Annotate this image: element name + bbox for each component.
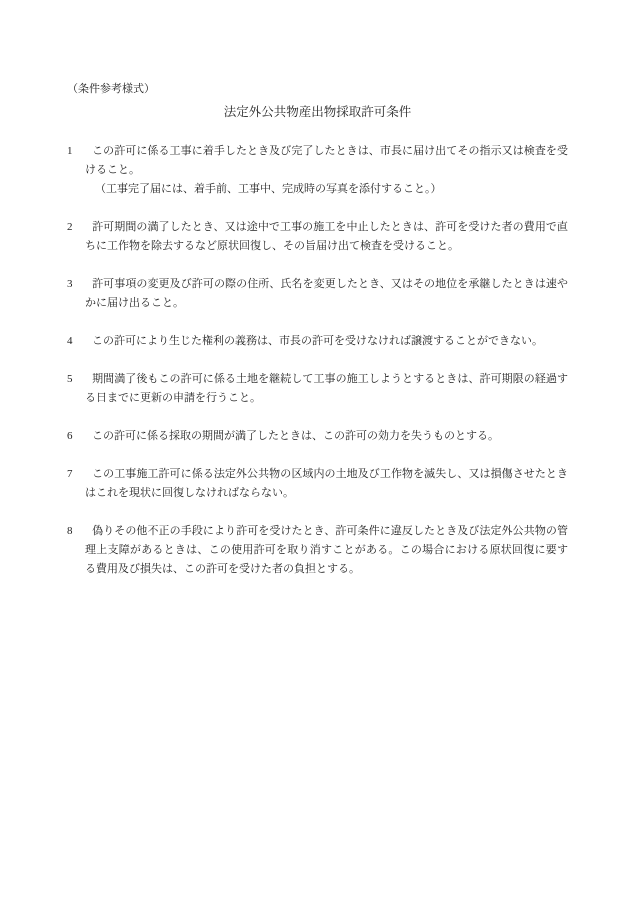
condition-number: 8 (67, 522, 92, 541)
condition-body: この許可に係る工事に着手したとき及び完了したときは、市長に届け出てその指示又は検… (85, 145, 568, 176)
condition-body: この工事施工許可に係る法定外公共物の区域内の土地及び工作物を滅失し、又は損傷させ… (85, 468, 568, 499)
condition-number: 6 (67, 427, 92, 446)
condition-number: 7 (67, 465, 92, 484)
condition-item-8: 8偽りその他不正の手段により許可を受けたとき、許可条件に違反したとき及び法定外公… (67, 522, 568, 579)
condition-text: 3許可事項の変更及び許可の際の住所、氏名を変更したとき、又はその地位を承継したと… (67, 275, 568, 313)
condition-item-4: 4この許可により生じた権利の義務は、市長の許可を受けなければ譲渡することができな… (67, 332, 568, 351)
condition-item-7: 7この工事施工許可に係る法定外公共物の区域内の土地及び工作物を滅失し、又は損傷さ… (67, 465, 568, 503)
condition-body: 許可事項の変更及び許可の際の住所、氏名を変更したとき、又はその地位を承継したとき… (85, 278, 568, 309)
condition-text: 5期間満了後もこの許可に係る土地を継続して工事の施工しようとするときは、許可期限… (67, 370, 568, 408)
condition-body: 許可期間の満了したとき、又は途中で工事の施工を中止したときは、許可を受けた者の費… (85, 221, 568, 252)
condition-number: 1 (67, 142, 92, 161)
condition-text: 6この許可に係る採取の期間が満了したときは、この許可の効力を失うものとする。 (67, 427, 568, 446)
condition-number: 4 (67, 332, 92, 351)
conditions-list: 1この許可に係る工事に着手したとき及び完了したときは、市長に届け出てその指示又は… (67, 142, 568, 579)
form-reference-label: （条件参考様式） (67, 80, 568, 99)
condition-text: 4この許可により生じた権利の義務は、市長の許可を受けなければ譲渡することができな… (67, 332, 568, 351)
document-title: 法定外公共物産出物採取許可条件 (67, 103, 568, 122)
condition-text: 7この工事施工許可に係る法定外公共物の区域内の土地及び工作物を滅失し、又は損傷さ… (67, 465, 568, 503)
condition-item-1: 1この許可に係る工事に着手したとき及び完了したときは、市長に届け出てその指示又は… (67, 142, 568, 199)
condition-text: 8偽りその他不正の手段により許可を受けたとき、許可条件に違反したとき及び法定外公… (67, 522, 568, 579)
condition-number: 3 (67, 275, 92, 294)
condition-item-5: 5期間満了後もこの許可に係る土地を継続して工事の施工しようとするときは、許可期限… (67, 370, 568, 408)
condition-text: 1この許可に係る工事に着手したとき及び完了したときは、市長に届け出てその指示又は… (67, 142, 568, 180)
condition-body: 期間満了後もこの許可に係る土地を継続して工事の施工しようとするときは、許可期限の… (85, 373, 568, 404)
condition-body: この許可に係る採取の期間が満了したときは、この許可の効力を失うものとする。 (92, 430, 499, 442)
document-page: （条件参考様式） 法定外公共物産出物採取許可条件 1この許可に係る工事に着手した… (0, 0, 630, 915)
condition-note: （工事完了届には、着手前、工事中、完成時の写真を添付すること。） (67, 180, 568, 199)
condition-text: 2許可期間の満了したとき、又は途中で工事の施工を中止したときは、許可を受けた者の… (67, 218, 568, 256)
condition-body: この許可により生じた権利の義務は、市長の許可を受けなければ譲渡することができない… (92, 335, 543, 347)
condition-number: 2 (67, 218, 92, 237)
condition-item-6: 6この許可に係る採取の期間が満了したときは、この許可の効力を失うものとする。 (67, 427, 568, 446)
condition-number: 5 (67, 370, 92, 389)
condition-body: 偽りその他不正の手段により許可を受けたとき、許可条件に違反したとき及び法定外公共… (85, 525, 568, 575)
condition-item-2: 2許可期間の満了したとき、又は途中で工事の施工を中止したときは、許可を受けた者の… (67, 218, 568, 256)
condition-item-3: 3許可事項の変更及び許可の際の住所、氏名を変更したとき、又はその地位を承継したと… (67, 275, 568, 313)
